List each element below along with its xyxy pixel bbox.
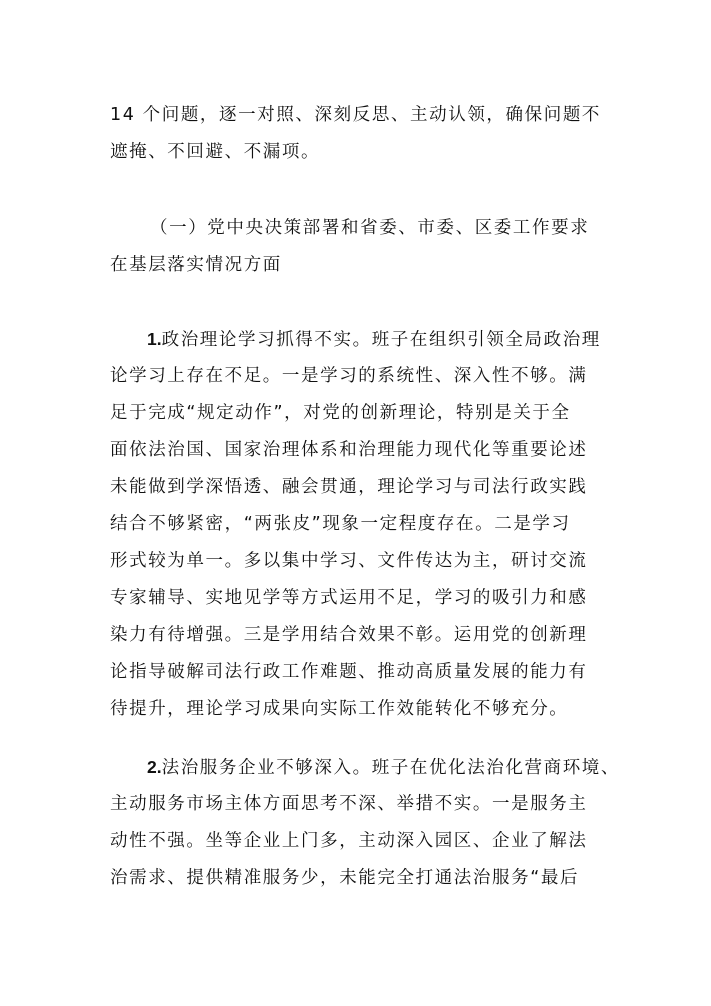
document-page: 14 个问题，逐一对照、深刻反思、主动认领，确保问题不 遮掩、不回避、不漏项。 … — [0, 0, 711, 1006]
item1-first-line: 1.政治理论学习抓得不实。班子在组织引领全局政治理 — [147, 327, 601, 352]
item2-first-line: 2.法治服务企业不够深入。班子在优化法治化营商环境、 — [147, 755, 620, 780]
item1-line-2: 论学习上存在不足。一是学习的系统性、深入性不够。满 — [110, 364, 588, 388]
item1-line-6: 结合不够紧密，“两张皮”现象一定程度存在。二是学习 — [110, 512, 571, 536]
item1-line-3: 足于完成“规定动作”，对党的创新理论，特别是关于全 — [110, 401, 571, 425]
item1-line-5: 未能做到学深悟透、融会贯通，理论学习与司法行政实践 — [110, 475, 588, 499]
section-heading-line-2: 在基层落实情况方面 — [110, 253, 282, 277]
item2-line-4: 治需求、提供精准服务少，未能完全打通法治服务“最后 — [110, 866, 579, 890]
intro-line-2: 遮掩、不回避、不漏项。 — [110, 140, 320, 164]
item1-line-8: 专家辅导、实地见学等方式运用不足，学习的吸引力和感 — [110, 586, 588, 610]
item2-line-2: 主动服务市场主体方面思考不深、举措不实。一是服务主 — [110, 792, 588, 816]
item1-line-11: 待提升，理论学习成果向实际工作效能转化不够充分。 — [110, 697, 568, 721]
item1-line-9: 染力有待增强。三是学用结合效果不彰。运用党的创新理 — [110, 623, 588, 647]
item2-line-1: 法治服务企业不够深入。班子在优化法治化营商环境、 — [162, 758, 620, 778]
section-heading-line-1: （一）党中央决策部署和省委、市委、区委工作要求 — [150, 216, 589, 240]
item1-line-1: 政治理论学习抓得不实。班子在组织引领全局政治理 — [162, 330, 601, 350]
item1-line-7: 形式较为单一。多以集中学习、文件传达为主，研讨交流 — [110, 549, 588, 573]
item1-line-4: 面依法治国、国家治理体系和治理能力现代化等重要论述 — [110, 438, 588, 462]
item2-line-3: 动性不强。坐等企业上门多，主动深入园区、企业了解法 — [110, 829, 588, 853]
item2-number: 2. — [147, 757, 162, 777]
intro-line-1: 14 个问题，逐一对照、深刻反思、主动认领，确保问题不 — [110, 103, 601, 127]
item1-number: 1. — [147, 329, 162, 349]
item1-line-10: 论指导破解司法行政工作难题、推动高质量发展的能力有 — [110, 660, 588, 684]
